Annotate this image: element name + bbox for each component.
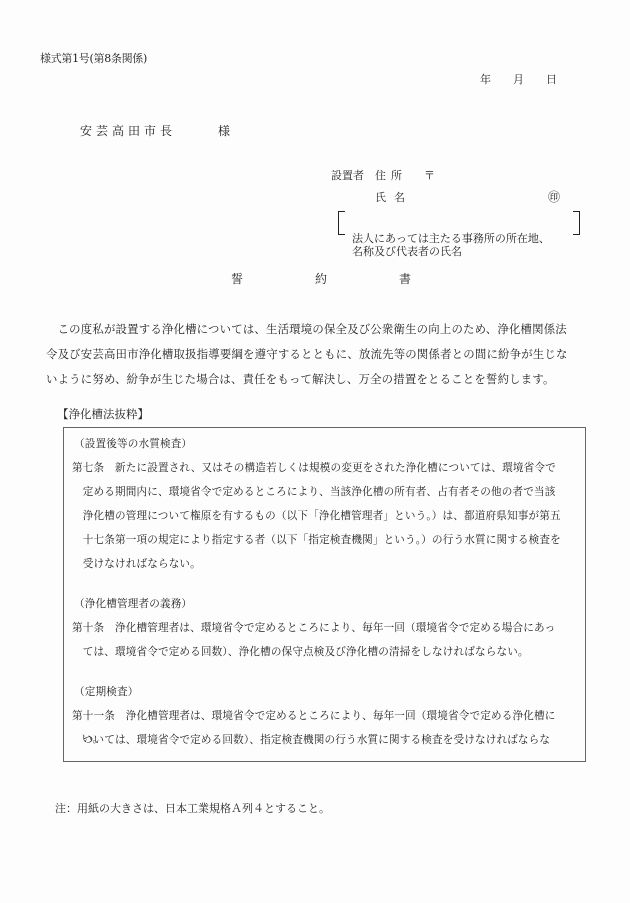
year-label: 年 [480,71,491,87]
article-line: 十七条第一項の規定により指定する者（以下「指定検査機関」という。）の行う水質に関… [72,532,561,547]
excerpt-heading: 【浄化槽法抜粋】 [57,406,149,422]
article-line: 第十一条 浄化槽管理者は、環境省令で定めるところにより、毎年一回（環境省令で定め… [72,708,555,723]
name-label: 氏名 [375,189,413,205]
applicant-role-label: 設置者 [331,167,364,183]
article-caption: （設置後等の水質検査） [74,436,192,451]
document-title: 誓約書 [231,270,411,287]
title-char: 誓 [231,270,243,287]
article-line: ついては、環境省令で定める回数）、指定検査機関の行う水質に関する検査を受けなけれ… [72,732,550,747]
title-char: 約 [315,270,327,287]
seal-icon: ㊞ [548,188,560,205]
excerpt-box: （設置後等の水質検査） 第七条 新たに設置され、又はその構造若しくは規模の変更を… [63,427,586,762]
pledge-line: この度私が設置する浄化槽については、生活環境の保全及び公衆衛生の向上のため、浄化… [46,317,606,342]
bracket-close-icon [573,211,580,235]
postal-mark-icon: 〒 [424,167,435,183]
article-line: ては、環境省令で定める回数）、浄化槽の保守点検及び浄化槽の清掃をしなければならな… [72,644,529,659]
article-line: 受けなければならない。 [72,556,201,571]
article-line: い。 [71,731,103,746]
month-label: 月 [513,71,524,87]
article-caption: （浄化槽管理者の義務） [74,596,192,611]
pledge-line: 令及び安芸高田市浄化槽取扱指導要綱を遵守するとともに、放流先等の関係者との間に紛… [46,342,606,367]
address-label: 住所 [375,167,407,183]
corporate-note: 法人にあっては主たる事務所の所在地、 名称及び代表者の氏名 [352,232,550,258]
addressee-name: 安芸高田市長 [80,122,176,139]
date-line: 年月日 [480,71,557,87]
footer-note: 注：用紙の大きさは、日本工業規格Ａ列４とすること。 [55,800,330,816]
pledge-line: いように努め、紛争が生じた場合は、責任をもって解決し、万全の措置をとることを誓約… [46,367,606,392]
day-label: 日 [546,71,557,87]
article-caption: （定期検査） [74,684,138,699]
article-line: 浄化槽の管理について権原を有するもの（以下「浄化槽管理者」という。）は、都道府県… [72,508,561,523]
pledge-body: この度私が設置する浄化槽については、生活環境の保全及び公衆衛生の向上のため、浄化… [46,317,606,392]
corporate-note-line: 名称及び代表者の氏名 [352,245,550,258]
article-line: 第七条 新たに設置され、又はその構造若しくは規模の変更をされた浄化槽については、… [72,460,556,475]
form-number: 様式第1号(第8条関係) [40,50,147,66]
bracket-open-icon [338,211,345,235]
addressee-honorific: 様 [218,122,230,139]
corporate-note-line: 法人にあっては主たる事務所の所在地、 [352,232,550,245]
article-line: 第十条 浄化槽管理者は、環境省令で定めるところにより、毎年一回（環境省令で定める… [72,620,555,635]
title-char: 書 [399,270,411,287]
article-line: 定める期間内に、環境省令で定めるところにより、当該浄化槽の所有者、占有者その他の… [72,484,555,499]
